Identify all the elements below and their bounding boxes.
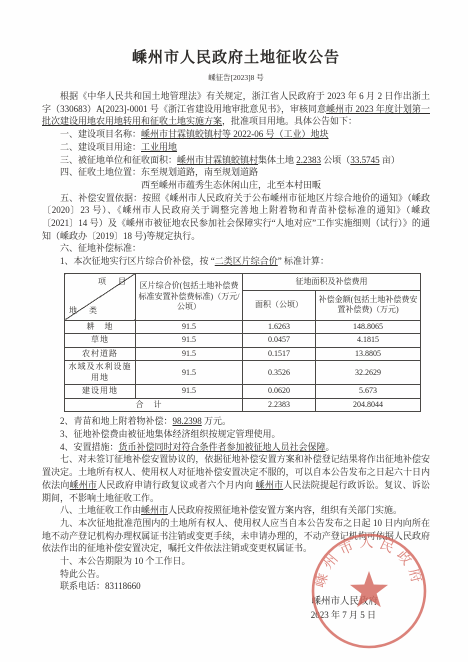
item-project-name: 一、建设项目名称：嵊州市甘霖镇蛟镇村等 2022-06 号（工业）地块 — [42, 128, 430, 141]
col-header-comp: 补偿金额(包括土地补偿费安置补偿费)（万元) — [316, 290, 421, 320]
item-land-location-line1: 四、征收土地位置：东至规划道路，南至规划道路 — [42, 166, 430, 179]
announcement-page: 嵊州市人民政府土地征收公告 嵊征告[2023]8 号 根据《中华人民共和国土地管… — [0, 0, 468, 662]
table-row-construction: 建设用地 91.5 0.0620 5.673 — [65, 385, 421, 399]
item-project-use: 二、建设项目用途：工业用地 — [42, 141, 430, 154]
table-row-cultivated: 耕 地 91.5 1.6263 148.8065 — [65, 320, 421, 334]
table-row-rural-road: 农村道路 91.5 0.1517 13.8805 — [65, 347, 421, 361]
item-compensation-basis: 五、补偿安置依据：按照《嵊州市人民政府关于公布嵊州市征地区片综合地价的通知》（嵊… — [42, 192, 430, 243]
item-expropriated-unit-area: 三、被征地单位和征收面积：嵊州市甘霖镇蛟镇村集体土地 2.2383 公顷（33.… — [42, 154, 430, 167]
table-corner-cell: 项 目 地 类 — [65, 273, 136, 320]
clause-nine: 九、本次征地批准范围内的土地所有权人、使用权人应当自本公告发布之日起 10 日内… — [42, 517, 430, 555]
table-row-total: 合计 2.2383 204.8044 — [65, 398, 421, 412]
note-fee-management: 3、征地补偿费由被征地集体经济组织按规定管理使用。 — [42, 428, 430, 441]
page-title: 嵊州市人民政府土地征收公告 — [42, 46, 430, 67]
item-compensation-standard: 六、征地补偿标准： — [42, 242, 430, 255]
corner-label-landtype: 地 类 — [69, 306, 102, 317]
signature-block: 嵊州市人民政府 2023 年 7 月 5 日 — [42, 596, 430, 622]
contact-phone: 联系电话：83118660 — [42, 580, 430, 593]
table-row-water-facility: 水域及水利设施用地 91.5 0.3526 32.2629 — [65, 361, 421, 385]
signature-authority: 嵊州市人民政府 — [42, 596, 378, 609]
signature-date: 2023 年 7 月 5 日 — [42, 609, 378, 622]
clause-seven: 七、对未签订征地补偿安置协议的，依据征地补偿安置方案和补偿登记结果将作出征地补偿… — [42, 453, 430, 504]
total-label: 合计 — [65, 398, 243, 412]
table-header-row-1: 项 目 地 类 区片综合价(包括土地补偿费标准安置补偿费标准)（万元/公顷） 征… — [65, 273, 421, 290]
compensation-table: 项 目 地 类 区片综合价(包括土地补偿费标准安置补偿费标准)（万元/公顷） 征… — [64, 273, 421, 413]
clause-eight: 八、土地征收工作由嵊州市人民政府按照征地补偿安置方案内容，组织有关部门实施。 — [42, 504, 430, 517]
clause-ten: 十、本公告期限为 10 个工作日。 — [42, 555, 430, 568]
doc-number: 嵊征告[2023]8 号 — [42, 72, 430, 83]
item-composite-price-note: 1、本次征地实行区片综合价补偿，按 “二类区片综合价” 标准计算： — [42, 255, 430, 268]
note-resettlement-measure: 4、安置措施：货币补偿同时对符合条件者参加被征地人员社会保障。 — [42, 441, 430, 454]
col-header-area: 面积（公顷） — [243, 290, 316, 320]
note-seedling-compensation: 2、青苗和地上附着物补偿：98.2398 万元。 — [42, 415, 430, 428]
col-header-group: 征地面积及补偿费用 — [243, 273, 421, 290]
closing-note: 特此公告。 — [42, 568, 430, 581]
item-land-location-line2: 西至嵊州市蕴秀生态休闲山庄，北至本村田畈 — [42, 179, 430, 192]
table-row-grassland: 草地 91.5 0.0457 4.1815 — [65, 334, 421, 348]
intro-paragraph: 根据《中华人民共和国土地管理法》有关规定，浙江省人民政府于 2023 年 6 月… — [42, 90, 430, 128]
corner-label-project: 项 目 — [98, 277, 131, 288]
col-header-price: 区片综合价(包括土地补偿费标准安置补偿费标准)（万元/公顷） — [136, 273, 243, 320]
